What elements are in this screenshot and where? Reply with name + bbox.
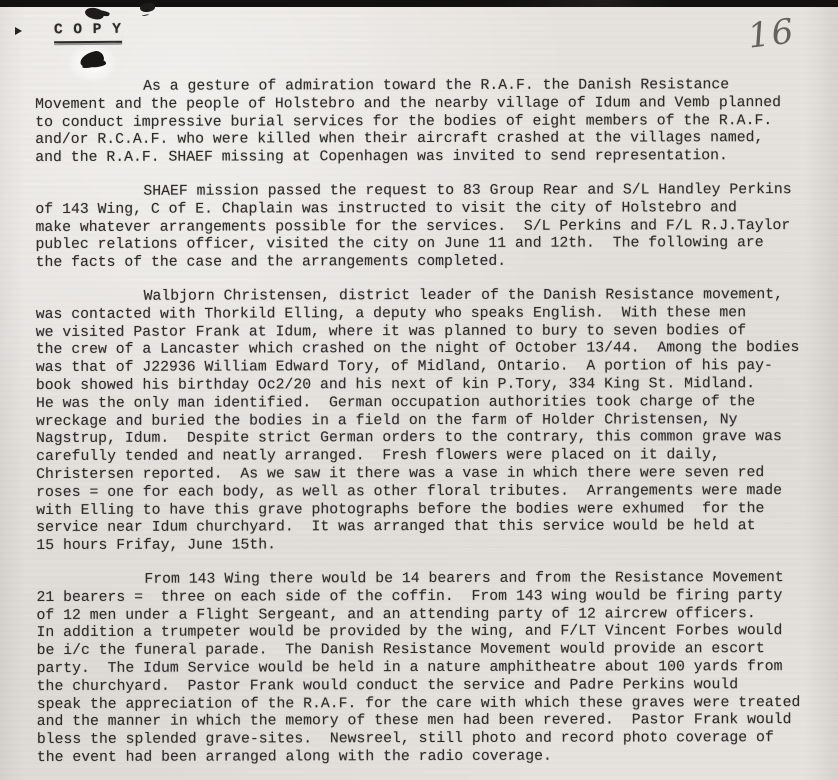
paragraph-3: Walbjorn Christensen, district leader of… — [36, 287, 823, 556]
scanned-document-page: { "page": { "heading": "C O P Y", "page_… — [0, 0, 838, 780]
ink-blot-icon — [84, 5, 105, 21]
document-body: As a gesture of admiration toward the R.… — [35, 77, 823, 780]
page-number-handwritten: 16 — [746, 11, 798, 56]
paragraph-2: SHAEF mission passed the request to 83 G… — [35, 182, 821, 273]
paragraph-1: As a gesture of admiration toward the R.… — [35, 77, 821, 168]
ink-blot-icon — [15, 27, 22, 35]
copy-heading: C O P Y — [54, 22, 122, 44]
paragraph-4: From 143 Wing there would be 14 bearers … — [36, 570, 823, 768]
scan-edge-artifact — [0, 0, 838, 7]
